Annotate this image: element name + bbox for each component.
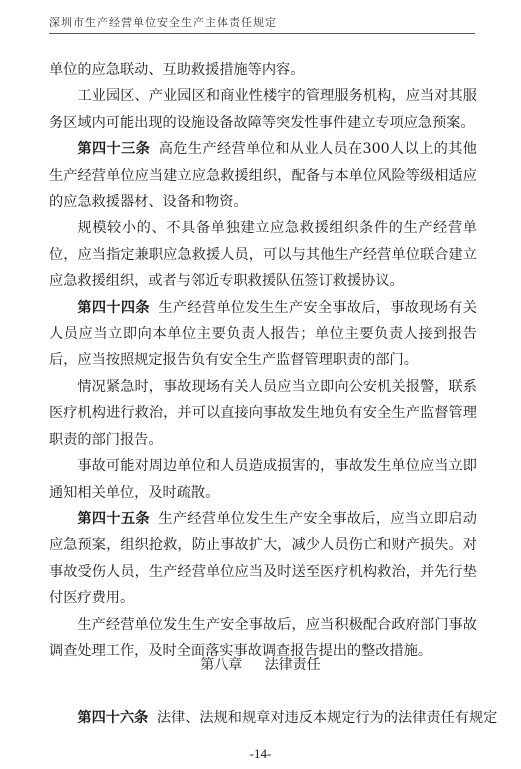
chapter-number: 第八章 bbox=[200, 657, 242, 673]
paragraph-7: 事故可能对周边单位和人员造成损害的，事故发生单位应当立即通知相关单位，及时疏散。 bbox=[49, 453, 477, 506]
paragraph-text: 情况紧急时，事故现场有关人员应当立即向公安机关报警，联系医疗机构进行救治，并可以… bbox=[49, 379, 477, 448]
article-44: 第四十四条生产经营单位发生生产安全事故后，事故现场有关人员应当立即向本单位主要负… bbox=[49, 295, 477, 374]
paragraph-text: 规模较小的、不具备单独建立应急救援组织条件的生产经营单位，应当指定兼职应急救援人… bbox=[49, 220, 477, 289]
article-number: 第四十三条 bbox=[77, 141, 150, 157]
article-46: 第四十六条法律、法规和规章对违反本规定行为的法律责任有规定 bbox=[49, 705, 477, 731]
paragraph-2: 工业园区、产业园区和商业性楼宇的管理服务机构，应当对其服务区域内可能出现的设施设… bbox=[49, 83, 477, 136]
paragraph-text: 单位的应急联动、互助救援措施等内容。 bbox=[49, 62, 304, 78]
paragraph-text: 法律、法规和规章对违反本规定行为的法律责任有规定 bbox=[157, 710, 498, 726]
article-number: 第四十四条 bbox=[77, 300, 149, 316]
paragraph-text: 工业园区、产业园区和商业性楼宇的管理服务机构，应当对其服务区域内可能出现的设施设… bbox=[49, 88, 477, 130]
chapter-title: 法律责任 bbox=[265, 657, 321, 673]
article-number: 第四十六条 bbox=[77, 710, 148, 726]
article-43: 第四十三条高危生产经营单位和从业人员在300人以上的其他生产经营单位应当建立应急… bbox=[49, 136, 477, 215]
paragraph-6: 情况紧急时，事故现场有关人员应当立即向公安机关报警，联系医疗机构进行救治，并可以… bbox=[49, 374, 477, 453]
running-header: 深圳市生产经营单位安全生产主体责任规定 bbox=[49, 14, 475, 30]
document-body: 单位的应急联动、互助救援措施等内容。 工业园区、产业园区和商业性楼宇的管理服务机… bbox=[49, 57, 477, 664]
paragraph-text: 事故可能对周边单位和人员造成损害的，事故发生单位应当立即通知相关单位，及时疏散。 bbox=[49, 458, 477, 500]
paragraph-text: 生产经营单位发生生产安全事故后，应当积极配合政府部门事故调查处理工作，及时全面落… bbox=[49, 617, 477, 659]
article-45: 第四十五条生产经营单位发生生产安全事故后，应当立即启动应急预案，组织抢救，防止事… bbox=[49, 506, 477, 612]
page-number: -14- bbox=[0, 746, 521, 762]
article-number: 第四十五条 bbox=[77, 511, 149, 527]
chapter-heading: 第八章法律责任 bbox=[0, 654, 521, 674]
header-rule bbox=[49, 33, 475, 34]
paragraph-1: 单位的应急联动、互助救援措施等内容。 bbox=[49, 57, 477, 83]
paragraph-4: 规模较小的、不具备单独建立应急救援组织条件的生产经营单位，应当指定兼职应急救援人… bbox=[49, 215, 477, 294]
